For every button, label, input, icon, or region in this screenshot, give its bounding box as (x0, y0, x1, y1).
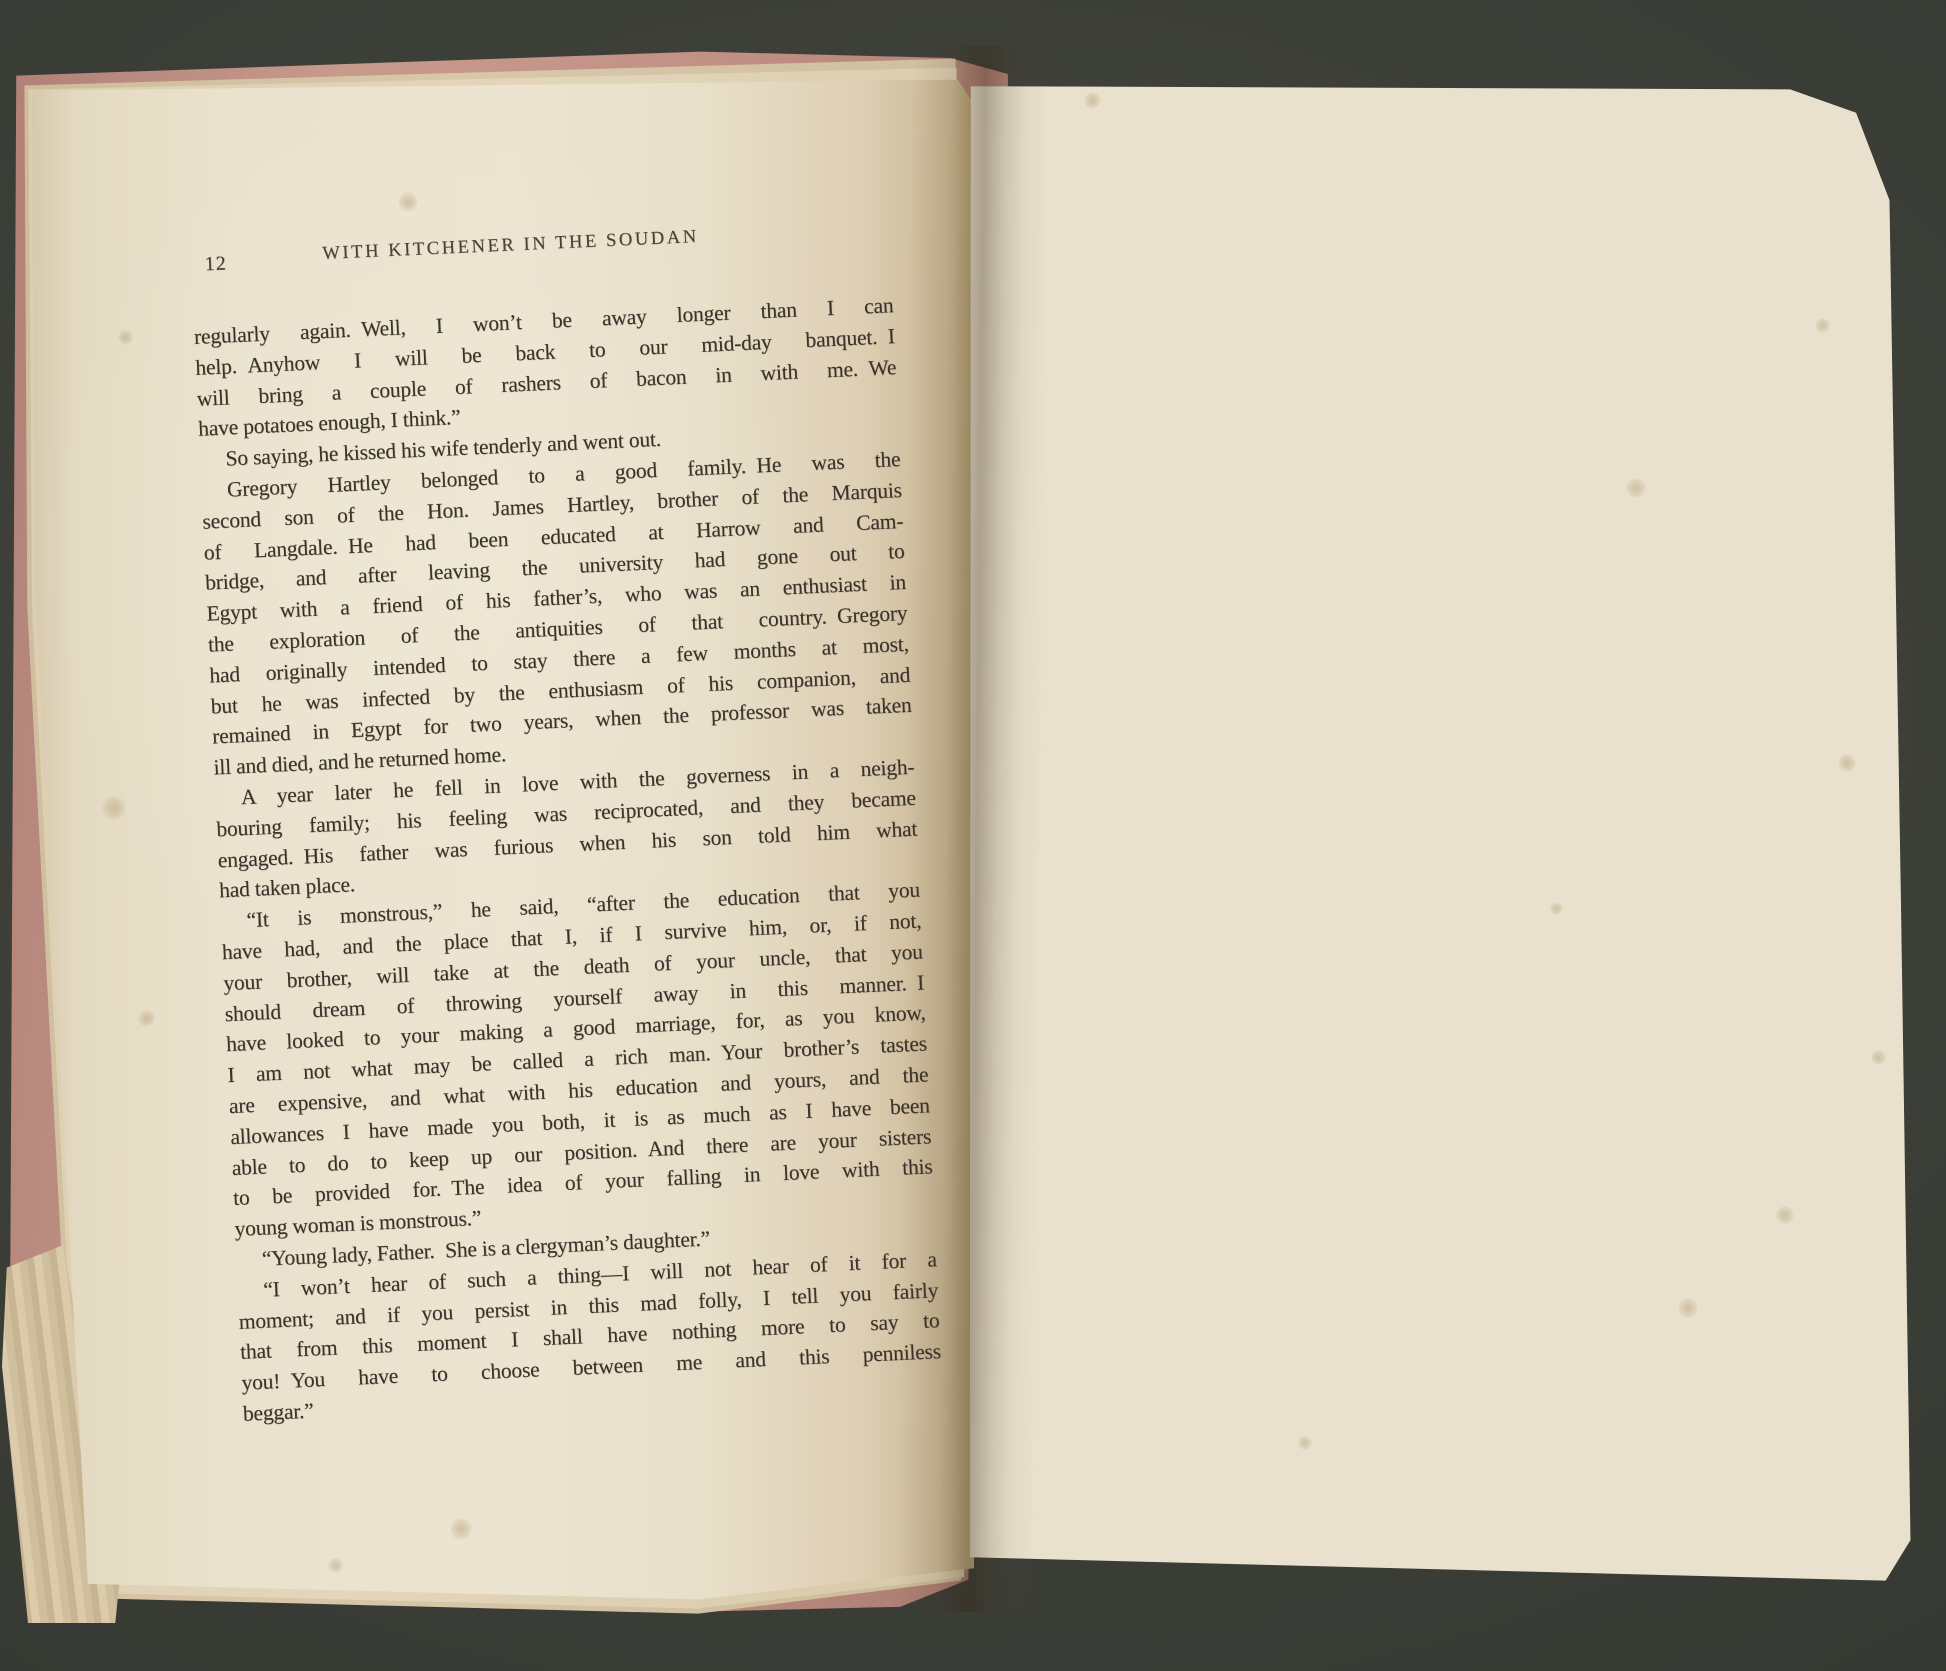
foxing-spot (450, 1518, 472, 1540)
book-photo-scene: 12 WITH KITCHENER IN THE SOUDAN regularl… (0, 0, 1946, 1671)
foxing-spot (1626, 478, 1646, 498)
right-page: DISINHERITED 13 “I am sorry you put it i… (966, 55, 1920, 1615)
left-page-header: 12 WITH KITCHENER IN THE SOUDAN (190, 216, 891, 282)
left-running-header: WITH KITCHENER IN THE SOUDAN (322, 227, 699, 265)
foxing-spot (1678, 1298, 1698, 1318)
foxing-spot (118, 330, 133, 345)
foxing-spot (1590, 67, 1612, 89)
foxing-spot (102, 796, 126, 820)
foxing-spot (398, 192, 418, 212)
foxing-spot (1815, 318, 1830, 333)
foxing-spot (1298, 1436, 1312, 1450)
foxing-spot (1084, 92, 1101, 109)
left-page-text: regularly again. Well, I won’t be away l… (193, 290, 943, 1429)
foxing-spot (138, 1010, 155, 1027)
foxing-spot (1871, 1050, 1886, 1065)
foxing-spot (1550, 902, 1563, 915)
left-page-text-block: 12 WITH KITCHENER IN THE SOUDAN regularl… (190, 216, 943, 1429)
foxing-spot (1838, 754, 1856, 772)
left-page-number: 12 (204, 252, 227, 276)
foxing-spot (328, 1558, 343, 1573)
left-page: 12 WITH KITCHENER IN THE SOUDAN regularl… (20, 50, 975, 1612)
foxing-spot (1776, 1206, 1794, 1224)
